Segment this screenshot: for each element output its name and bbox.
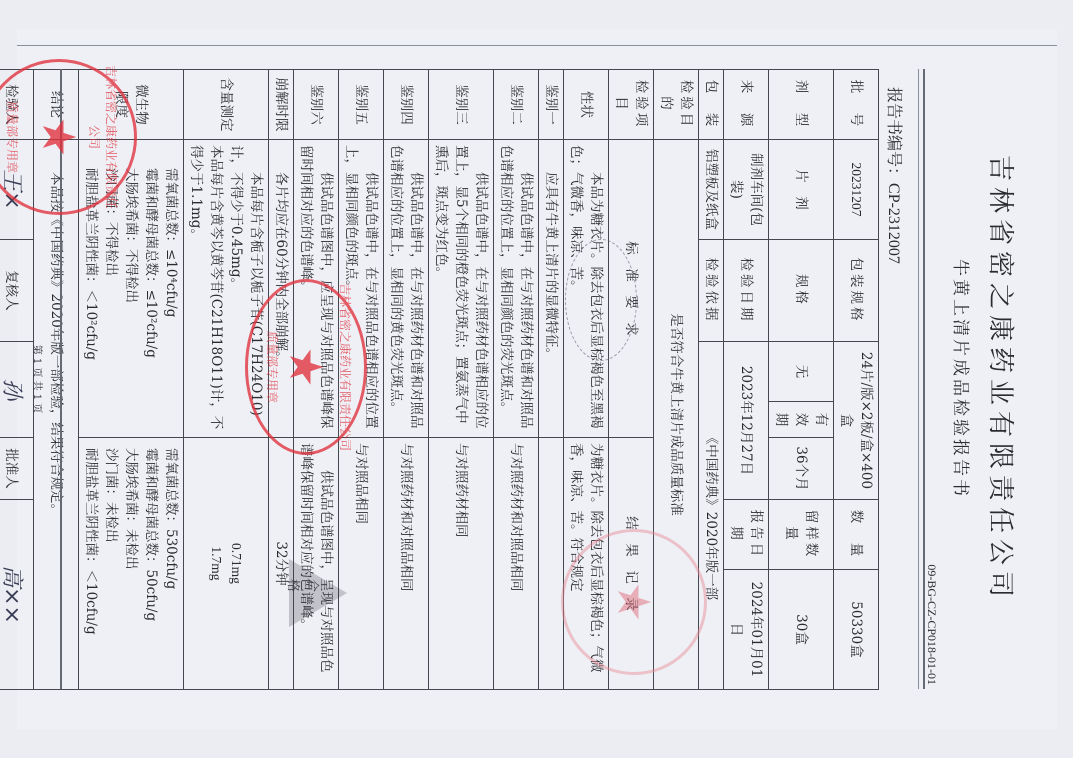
report-number: 报告书编号：CP-2312007: [884, 87, 907, 264]
microbial-result: 需氧菌总数：530cfu/g: [161, 448, 181, 684]
test-result: 与对照品相同: [338, 438, 383, 690]
inspection-table: 批 号 20231207 包装规格 24片/版×2板/盒×400盒 数 量 50…: [0, 69, 879, 690]
microbial-results: 需氧菌总数：530cfu/g 霉菌和酵母菌总数：50cfu/g 大肠埃希菌：未检…: [78, 438, 183, 690]
signature-row: 检验人 王× 复核人 孙 批准人 高××: [0, 70, 33, 690]
test-item: 鉴别四: [383, 70, 428, 140]
report-title: 牛黄上清片成品检验报告书: [950, 29, 975, 729]
microbial-item: 微生物 限度: [78, 70, 183, 140]
test-item: 崩解时限: [268, 70, 293, 140]
info-row-package: 包 装 铝塑板及纸盒 检验依据 《中国药典》2020年版一部: [698, 70, 723, 690]
header-item: 检验项目: [608, 70, 653, 140]
microbial-result: 霉菌和酵母菌总数：50cfu/g: [141, 448, 161, 684]
microbial-result: 沙门菌：未检出: [101, 448, 121, 684]
test-row: 崩解时限 各片均应在60分钟内全部崩解。 32分钟: [268, 70, 293, 690]
retain-value: 30盒: [768, 570, 833, 690]
quantity-label: 数 量: [833, 500, 878, 570]
microbial-standard: 需氧菌总数：≤10⁴cfu/g: [161, 168, 181, 432]
microbial-standard: 沙门菌：不得检出: [101, 168, 121, 432]
company-title: 吉林省密之康药业有限责任公司: [984, 29, 1021, 729]
pack-spec-label: 包装规格: [833, 240, 878, 342]
info-row-batch: 批 号 20231207 包装规格 24片/版×2板/盒×400盒 数 量 50…: [833, 70, 878, 690]
test-standard: 供试品色谱图中，应呈现与对照品色谱峰保留时间相对应的色谱峰。: [293, 140, 338, 438]
microbial-standard: 耐胆盐革兰阴性菌：＜10²cfu/g: [81, 168, 101, 432]
source-value: 制剂车间(包装): [723, 140, 768, 240]
test-row: 鉴别四 供试品色谱中，在与对照药材色谱和对照品色谱相应的位置上，显相同的黄色荧光…: [383, 70, 428, 690]
header-standard: 标 准 要 求: [608, 140, 653, 438]
test-date-value: 2023年12月27日: [723, 342, 768, 500]
header-divider: [918, 69, 925, 689]
validity-value: 36个月: [768, 438, 833, 500]
test-item: 性状: [563, 70, 608, 140]
report-page: 吉林省密之康药业有限责任公司 牛黄上清片成品检验报告书 09-BG-CZ-CP0…: [17, 29, 1057, 729]
test-standard: 供试品色谱中，在与对照药材色谱和对照品色谱相应的位置上，显相同颜色的荧光斑点。: [493, 140, 538, 438]
source-label: 来 源: [723, 70, 768, 140]
test-result: [538, 438, 563, 690]
test-row: 性状 本品为糖衣片。除去包衣后显棕褐色至黑褐色；气微香，味凉、苦。 为糖衣片。除…: [563, 70, 608, 690]
test-result: 为糖衣片。除去包衣后显棕褐色；气微香，味凉、苦。符合规定: [563, 438, 608, 690]
assay-standard: 本品每片含栀子以栀子苷(C17H24O10)计，不得少于0.45mg。 本品每片…: [183, 140, 268, 438]
assay-result-1: 0.71mg: [226, 443, 246, 684]
test-item: 鉴别三: [428, 70, 493, 140]
page-indicator: 第 1 页 共 1 页: [31, 29, 46, 729]
microbial-item-line1: 微生物: [131, 75, 151, 134]
report-number-label: 报告书编号：: [885, 87, 904, 183]
reviewer-signature: 孙: [0, 342, 33, 438]
microbial-item-line2: 限度: [111, 75, 131, 134]
quantity-value: 50330盒: [833, 570, 878, 690]
scan-edge-line: [17, 45, 1057, 46]
microbial-standard: 霉菌和酵母菌总数：≤10²cfu/g: [141, 168, 161, 432]
test-item: 鉴别二: [493, 70, 538, 140]
microbial-standard: 大肠埃希菌：不得检出: [121, 168, 141, 432]
test-standard: 各片均应在60分钟内全部崩解。: [268, 140, 293, 438]
spec-label: 规格: [768, 240, 833, 342]
purpose-value: 是否符合牛黄上清片成品质量标准: [653, 140, 698, 690]
retain-label: 留样数量: [768, 500, 833, 570]
approver-signature: 高××: [0, 500, 33, 690]
report-date-label: 报告日期: [723, 500, 768, 570]
assay-item: 含量测定: [183, 70, 268, 140]
test-item: 鉴别五: [338, 70, 383, 140]
test-item: 鉴别六: [293, 70, 338, 140]
test-standard: 供试品色谱中，在与对照药材色谱和对照品色谱相应的位置上，显相同的黄色荧光斑点。: [383, 140, 428, 438]
test-result: 32分钟: [268, 438, 293, 690]
form-value: 片 剂: [768, 140, 833, 240]
reviewer-label: 复核人: [0, 240, 33, 342]
purpose-label: 检验目的: [653, 70, 698, 140]
report-date-value: 2024年01月01日: [723, 570, 768, 690]
test-row: 鉴别五 供试品色谱中，在与对照品色谱相应的位置上，显相同颜色的斑点。 与对照品相…: [338, 70, 383, 690]
batch-value: 20231207: [833, 140, 878, 240]
test-standard: 供试品色谱中，在与对照药材色谱相应的位置上，显5个相同的橙色荧光斑点；置氨蒸气中…: [428, 140, 493, 438]
package-value: 铝塑板及纸盒: [698, 140, 723, 240]
test-result: 与对照药材相同: [428, 438, 493, 690]
assay-result: 0.71mg 1.7mg: [183, 438, 268, 690]
inspector-label: 检验人: [0, 70, 33, 140]
info-row-source: 来 源 制剂车间(包装) 检验日期 2023年12月27日 报告日期 2024年…: [723, 70, 768, 690]
header-result: 结 果 记 录: [608, 438, 653, 690]
test-row: 鉴别三 供试品色谱中，在与对照药材色谱相应的位置上，显5个相同的橙色荧光斑点；置…: [428, 70, 493, 690]
report-number-value: CP-2312007: [885, 183, 902, 264]
test-date-label: 检验日期: [723, 240, 768, 342]
basis-label: 检验依据: [698, 240, 723, 342]
info-row-purpose: 检验目的 是否符合牛黄上清片成品质量标准: [653, 70, 698, 690]
microbial-row: 微生物 限度 需氧菌总数：≤10⁴cfu/g 霉菌和酵母菌总数：≤10²cfu/…: [78, 70, 183, 690]
assay-row: 含量测定 本品每片含栀子以栀子苷(C17H24O10)计，不得少于0.45mg。…: [183, 70, 268, 690]
document-code: 09-BG-CZ-CP018-01-01: [924, 564, 939, 685]
footer-divider: [57, 69, 62, 689]
test-row: 鉴别六 供试品色谱图中，应呈现与对照品色谱峰保留时间相对应的色谱峰。 供试品色谱…: [293, 70, 338, 690]
test-item: 鉴别一: [538, 70, 563, 140]
test-row: 鉴别一 应具有牛黄上清片的显微特征。: [538, 70, 563, 690]
assay-standard-2: 本品每片含黄芩以黄芩苷(C21H18O11)计，不得少于1.1mg。: [186, 145, 226, 432]
basis-value: 《中国药典》2020年版一部: [698, 342, 723, 690]
pack-spec-value: 24片/版×2板/盒×400盒: [833, 342, 878, 500]
microbial-result: 耐胆盐革兰阴性菌：＜10cfu/g: [81, 448, 101, 684]
validity-label: 有效期: [768, 402, 833, 438]
test-row: 鉴别二 供试品色谱中，在与对照药材色谱和对照品色谱相应的位置上，显相同颜色的荧光…: [493, 70, 538, 690]
inspector-signature: 王×: [0, 140, 33, 240]
assay-standard-1: 本品每片含栀子以栀子苷(C17H24O10)计，不得少于0.45mg。: [226, 145, 266, 432]
test-standard: 供试品色谱中，在与对照品色谱相应的位置上，显相同颜色的斑点。: [338, 140, 383, 438]
test-result: 与对照药材和对照品相同: [383, 438, 428, 690]
spec-value: 无: [768, 342, 833, 402]
test-standard: 应具有牛黄上清片的显微特征。: [538, 140, 563, 438]
microbial-result: 大肠埃希菌：未检出: [121, 448, 141, 684]
approver-label: 批准人: [0, 438, 33, 500]
package-label: 包 装: [698, 70, 723, 140]
test-result: 供试品色谱图中，呈现与对照品色谱峰保留时间相对应的色谱峰。: [293, 438, 338, 690]
info-row-form: 剂 型 片 剂 规格 无 有效期 36个月 留样数量 30盒: [768, 70, 833, 690]
microbial-standards: 需氧菌总数：≤10⁴cfu/g 霉菌和酵母菌总数：≤10²cfu/g 大肠埃希菌…: [78, 140, 183, 438]
assay-result-2: 1.7mg: [206, 443, 226, 684]
batch-label: 批 号: [833, 70, 878, 140]
column-header-row: 检验项目 标 准 要 求 结 果 记 录: [608, 70, 653, 690]
test-result: 与对照药材和对照品相同: [493, 438, 538, 690]
form-label: 剂 型: [768, 70, 833, 140]
test-standard: 本品为糖衣片。除去包衣后显棕褐色至黑褐色；气微香，味凉、苦。: [563, 140, 608, 438]
